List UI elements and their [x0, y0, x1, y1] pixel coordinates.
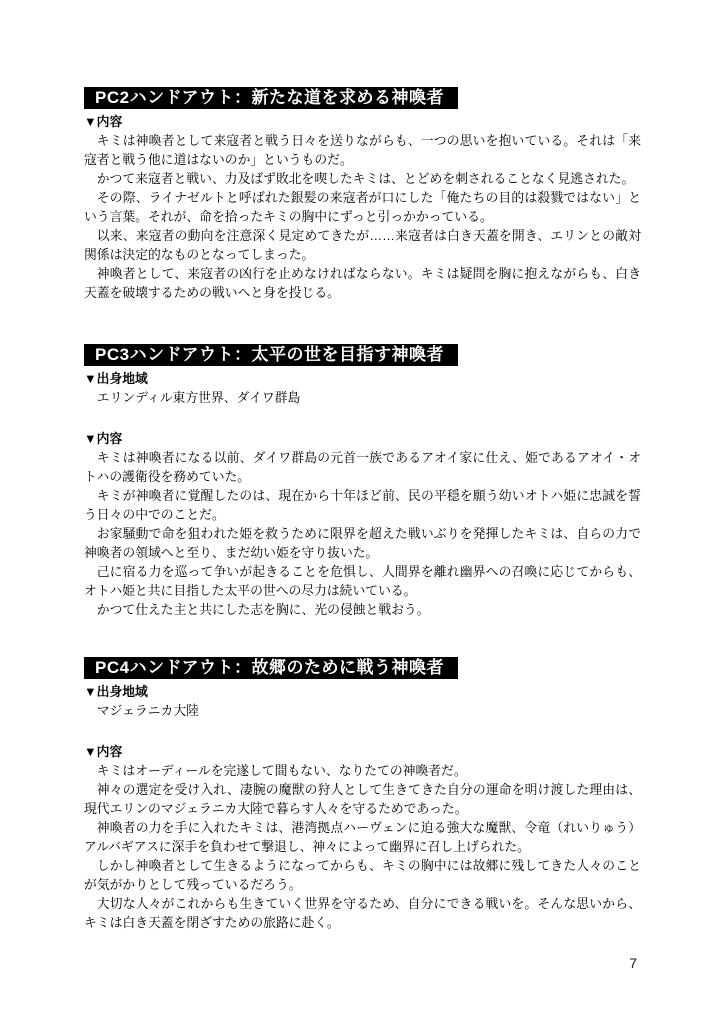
document-page: PC2ハンドアウト：新たな道を求める神喚者 ▼内容 キミは神喚者として来寇者と戦…	[0, 0, 725, 1024]
section-title: PC4ハンドアウト：故郷のために戦う神喚者	[95, 658, 444, 677]
section-header-bar: PC2ハンドアウト：新たな道を求める神喚者	[84, 87, 458, 109]
paragraph: 神々の選定を受け入れ、凄腕の魔獣の狩人として生きてきた自分の運命を明け渡した理由…	[84, 780, 641, 818]
paragraph: 己に宿る力を巡って争いが起きることを危惧し、人間界を離れ幽界への召喚に応じてから…	[84, 562, 641, 600]
paragraph: しかし神喚者として生きるようになってからも、キミの胸中には故郷に残してきた人々の…	[84, 856, 641, 894]
origin-label: ▼出身地域	[84, 369, 641, 388]
content-label: ▼内容	[84, 742, 641, 761]
content-label: ▼内容	[84, 112, 641, 131]
handout-section-pc2: PC2ハンドアウト：新たな道を求める神喚者 ▼内容 キミは神喚者として来寇者と戦…	[84, 87, 641, 302]
paragraph: その際、ライナゼルトと呼ばれた銀髪の来寇者が口にした「俺たちの目的は殺戮ではない…	[84, 188, 641, 226]
origin-label: ▼出身地域	[84, 682, 641, 701]
paragraph: かつて来寇者と戦い、力及ばず敗北を喫したキミは、とどめを刺されることなく見逃され…	[84, 169, 641, 188]
content-label: ▼内容	[84, 429, 641, 448]
origin-value: エリンディル東方世界、ダイワ群島	[84, 388, 641, 407]
paragraph: キミは神喚者になる以前、ダイワ群島の元首一族であるアオイ家に仕え、姫であるアオイ…	[84, 448, 641, 486]
paragraph: かつて仕えた主と共にした志を胸に、光の侵蝕と戦おう。	[84, 600, 641, 619]
paragraph: 神喚者として、来寇者の凶行を止めなければならない。キミは疑問を胸に抱えながらも、…	[84, 264, 641, 302]
page-number: 7	[629, 955, 637, 971]
paragraph: キミは神喚者として来寇者と戦う日々を送りながらも、一つの思いを抱いている。それは…	[84, 131, 641, 169]
paragraph: キミはオーディールを完遂して間もない、なりたての神喚者だ。	[84, 761, 641, 780]
paragraph: 以来、来寇者の動向を注意深く見定めてきたが……来寇者は白き天蓋を開き、エリンとの…	[84, 226, 641, 264]
origin-value: マジェラニカ大陸	[84, 701, 641, 720]
section-header-bar: PC3ハンドアウト：太平の世を目指す神喚者	[84, 344, 458, 366]
section-title: PC2ハンドアウト：新たな道を求める神喚者	[95, 88, 444, 107]
paragraph: 大切な人々がこれからも生きていく世界を守るため、自分にできる戦いを。そんな思いか…	[84, 894, 641, 932]
paragraph: お家騒動で命を狙われた姫を救うために限界を超えた戦いぶりを発揮したキミは、自らの…	[84, 524, 641, 562]
handout-section-pc4: PC4ハンドアウト：故郷のために戦う神喚者 ▼出身地域 マジェラニカ大陸 ▼内容…	[84, 657, 641, 932]
paragraph: キミが神喚者に覚醒したのは、現在から十年ほど前、民の平穏を願う幼いオトハ姫に忠誠…	[84, 486, 641, 524]
handout-section-pc3: PC3ハンドアウト：太平の世を目指す神喚者 ▼出身地域 エリンディル東方世界、ダ…	[84, 344, 641, 619]
section-title: PC3ハンドアウト：太平の世を目指す神喚者	[95, 345, 444, 364]
page-content: PC2ハンドアウト：新たな道を求める神喚者 ▼内容 キミは神喚者として来寇者と戦…	[84, 87, 641, 932]
section-header-bar: PC4ハンドアウト：故郷のために戦う神喚者	[84, 657, 458, 679]
paragraph: 神喚者の力を手に入れたキミは、港湾拠点ハーヴェンに迫る強大な魔獣、令竜（れいりゅ…	[84, 818, 641, 856]
